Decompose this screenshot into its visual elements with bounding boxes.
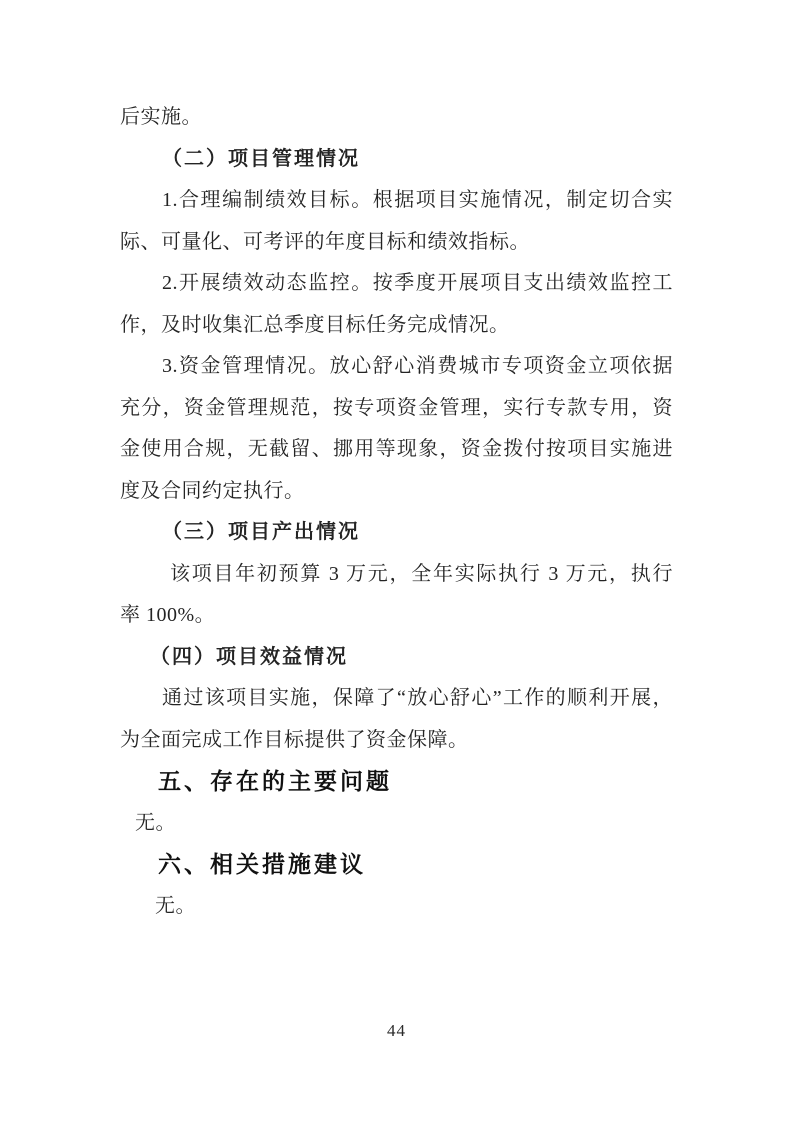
section-4-body-line-1: 通过该项目实施，保障了“放心舒心”工作的顺利开展，	[120, 678, 673, 720]
page-number: 44	[0, 1020, 793, 1042]
section-2-item-1-line-1: 1.合理编制绩效目标。根据项目实施情况，制定切合实	[120, 180, 673, 222]
document-body: 后实施。 （二）项目管理情况 1.合理编制绩效目标。根据项目实施情况，制定切合实…	[120, 97, 673, 927]
section-4-body-line-2: 为全面完成工作目标提供了资金保障。	[120, 720, 673, 762]
section-4-heading: （四）项目效益情况	[120, 637, 673, 679]
section-5-body: 无。	[120, 803, 673, 845]
section-3-body-line-2: 率 100%。	[120, 595, 673, 637]
section-3-body-line-1: 该项目年初预算 3 万元，全年实际执行 3 万元，执行	[120, 554, 673, 596]
section-2-item-3-line-1: 3.资金管理情况。放心舒心消费城市专项资金立项依据	[120, 346, 673, 388]
section-2-item-2-line-2: 作，及时收集汇总季度目标任务完成情况。	[120, 305, 673, 347]
section-2-item-1-line-2: 际、可量化、可考评的年度目标和绩效指标。	[120, 222, 673, 264]
document-page: 后实施。 （二）项目管理情况 1.合理编制绩效目标。根据项目实施情况，制定切合实…	[0, 0, 793, 1122]
section-6-heading: 六、相关措施建议	[120, 844, 673, 886]
section-2-item-3-line-2: 充分，资金管理规范，按专项资金管理，实行专款专用，资	[120, 388, 673, 430]
section-2-item-3-line-4: 度及合同约定执行。	[120, 471, 673, 513]
section-2-item-3-line-3: 金使用合规，无截留、挪用等现象，资金拨付按项目实施进	[120, 429, 673, 471]
section-2-item-2-line-1: 2.开展绩效动态监控。按季度开展项目支出绩效监控工	[120, 263, 673, 305]
section-3-heading: （三）项目产出情况	[120, 512, 673, 554]
section-5-heading: 五、存在的主要问题	[120, 761, 673, 803]
carryover-line: 后实施。	[120, 97, 673, 139]
section-6-body: 无。	[120, 886, 673, 928]
section-2-heading: （二）项目管理情况	[120, 139, 673, 181]
